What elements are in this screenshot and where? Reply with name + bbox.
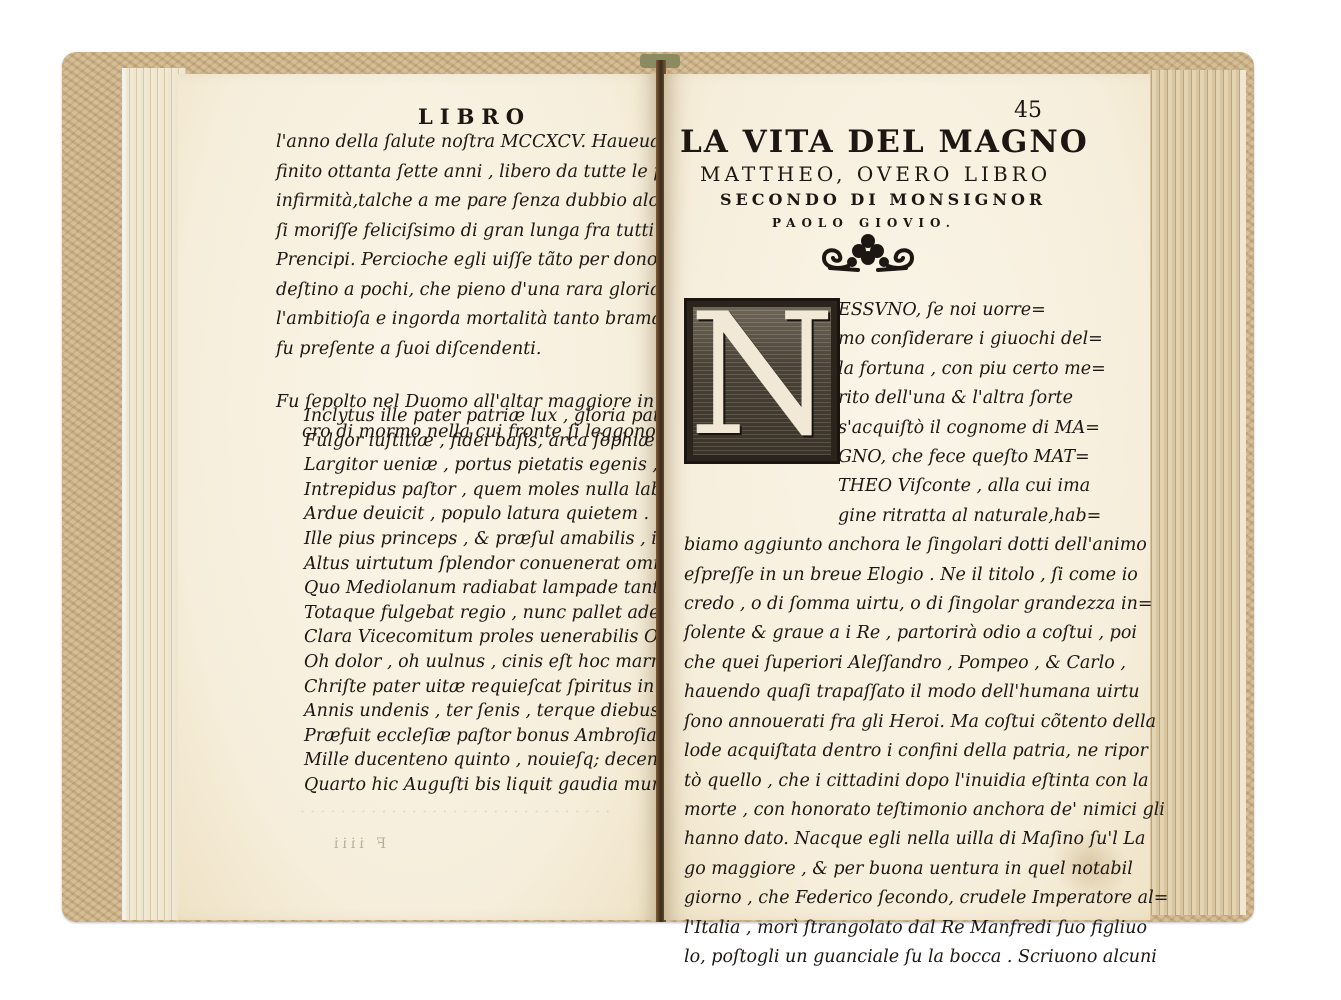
verse-line: Intrepidus paſtor , quem moles nulla lab… [304,478,664,503]
text-line: THEO Viſconte , alla cui ima [684,472,1084,501]
text-line: gine ritratta al naturale,hab= [684,502,1084,531]
verse-line: Ardue deuicit , populo latura quietem . [304,502,664,527]
verse-line: Mille ducenteno quinto , nouieſq; deceno… [304,748,664,773]
page-number: 45 [1014,98,1042,123]
chapter-title-line-1: LA VITA DEL MAGNO [680,124,1089,160]
text-line: ſolente & graue a i Re , partorirà odio … [684,619,1084,648]
verse-line: Ille pius princeps , & præſul amabilis ,… [304,527,664,552]
signature-mark: F iiii [330,836,386,852]
text-line: ſono annouerati fra gli Heroi. Ma coſtui… [684,708,1084,737]
chapter-title-line-4: PAOLO GIOVIO. [772,216,956,230]
text-line: hauendo quaſi trapaſſato il modo dell'hu… [684,678,1084,707]
text-line: eſpreſſe in un breue Elogio . Ne il tito… [684,561,1084,590]
text-line: lode acquiſtata dentro i confini della p… [684,737,1084,766]
text-line: ESSVNO, ſe noi uorre= [684,296,1084,325]
text-line: credo , o di ſomma uirtu, o di ſingolar … [684,590,1084,619]
text-line: biamo aggiunto anchora le ſingolari dott… [684,531,1084,560]
verse-line: Annis undenis , ter ſenis , terque diebu… [304,699,664,724]
left-prose: l'anno della ſalute noſtra MCCXCV. Haueu… [276,128,656,447]
fleuron-icon [818,232,918,274]
verse-line: Quo Mediolanum radiabat lampade tanta , [304,576,664,601]
text-line: giorno , che Federico ſecondo, crudele I… [684,884,1084,913]
verse-line: Inclytus ille pater patriæ lux , gloria … [304,404,664,429]
text-line: morte , con honorato teſtimonio anchora … [684,796,1084,825]
right-prose: ESSVNO, ſe noi uorre= mo conſiderare i g… [684,296,1084,972]
text-line: finito ottanta ſette anni , libero da tu… [276,158,656,188]
chapter-title-line-2: MATTHEO, OVERO LIBRO [700,162,1051,186]
text-line: go maggiore , & per buona uentura in que… [684,855,1084,884]
verse-line: Fulgor iuſtitiæ , fidei baſis, arca ſoph… [304,429,664,454]
left-page-edges [122,68,186,920]
text-line: ſi moriſſe feliciſsimo di gran lunga fra… [276,217,656,247]
show-through-text: · · · · · · · · · · · · · · · · · · · · … [300,802,610,821]
text-line: GNO, che fece queſto MAT= [684,443,1084,472]
verse-line: Altus uirtutum ſplendor conuenerat omnis… [304,552,664,577]
right-page-edges [1148,70,1246,915]
text-line: fu preſente a ſuoi diſcendenti. [276,335,656,365]
text-line: mo conſiderare i giuochi del= [684,325,1084,354]
verse-line: Clara Vicecomitum proles uenerabilis Oth… [304,625,664,650]
text-line: l'anno della ſalute noſtra MCCXCV. Haueu… [276,128,656,158]
text-line: che quei ſuperiori Aleſſandro , Pompeo ,… [684,649,1084,678]
text-line: l'Italia , morì ſtrangolato dal Re Manfr… [684,914,1084,943]
epitaph-verse: Inclytus ille pater patriæ lux , gloria … [304,404,664,798]
text-line: l'ambitioſa e ingorda mortalità tanto br… [276,305,656,335]
verse-line: Quarto hic Auguſti bis liquit gaudia mun… [304,773,664,798]
verse-line: Totaque fulgebat regio , nunc pallet ade… [304,601,664,626]
running-head: LIBRO [418,104,531,129]
verse-line: Præfuit eccleſiæ paſtor bonus Ambroſianæ… [304,724,664,749]
verse-line: Oh dolor , oh uulnus , cinis eſt hoc mar… [304,650,664,675]
text-line: hanno dato. Nacque egli nella uilla di M… [684,825,1084,854]
text-line: tò quello , che i cittadini dopo l'inuid… [684,767,1084,796]
text-line: Prencipi. Percioche egli uiſſe tãto per … [276,246,656,276]
chapter-title-line-3: SECONDO DI MONSIGNOR [720,190,1046,209]
text-line: la fortuna , con piu certo me= [684,355,1084,384]
text-line: infirmità,talche a me pare ſenza dubbio … [276,187,656,217]
verse-line: Largitor ueniæ , portus pietatis egenis … [304,453,664,478]
text-line: deſtino a pochi, che pieno d'una rara gl… [276,276,656,306]
text-line: lo, poſtogli un guanciale ſu la bocca . … [684,943,1084,972]
text-line: rito dell'una & l'altra ſorte [684,384,1084,413]
verse-line: Chriſte pater uitæ requieſcat ſpiritus i… [304,675,664,700]
text-line: s'acquiſtò il cognome di MA= [684,414,1084,443]
